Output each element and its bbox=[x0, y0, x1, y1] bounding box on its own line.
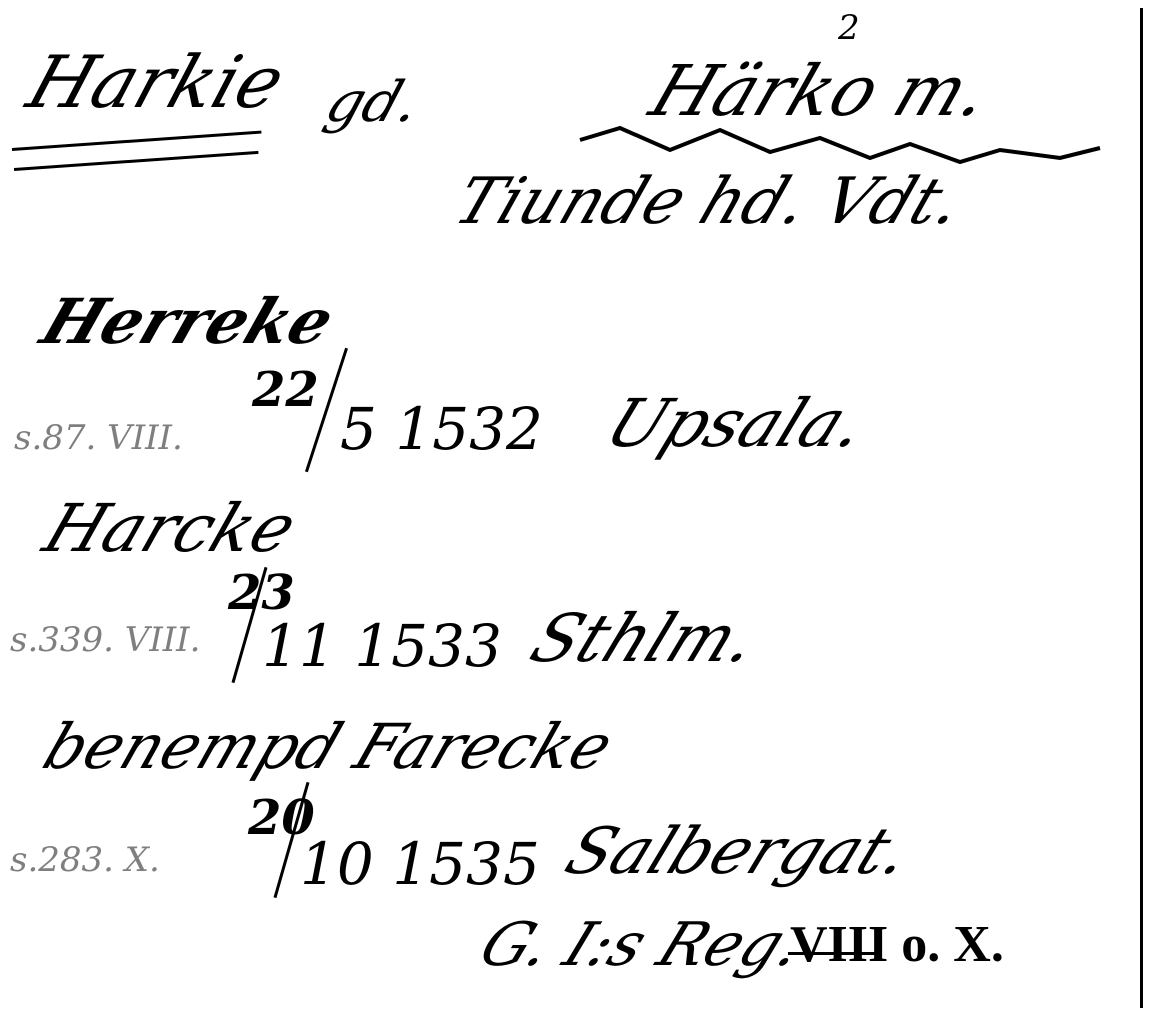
footer-source: G. I:s Reg. bbox=[470, 910, 814, 980]
superscript-mark: 2 bbox=[838, 8, 860, 48]
index-card: Harkie gd. 2 Härko m. Tiunde hd. Vdt. He… bbox=[0, 0, 1149, 1015]
surname-note: gd. bbox=[318, 70, 429, 135]
entry-2-place: Sthlm. bbox=[520, 600, 770, 677]
entry-2-name-form: Harcke bbox=[34, 490, 307, 567]
entry-1-date-day: 22 bbox=[252, 362, 319, 418]
footer-volumes: VIII o. X. bbox=[790, 915, 1004, 974]
entry-1-place: Upsala. bbox=[595, 385, 879, 462]
surname-underline bbox=[12, 131, 262, 151]
entry-3-reference: s.283. X. bbox=[10, 840, 160, 880]
surname-underline-2 bbox=[14, 151, 259, 171]
entry-2-reference: s.339. VIII. bbox=[10, 620, 200, 660]
card-right-edge bbox=[1140, 8, 1143, 1008]
entry-1-date-rest: 5 1532 bbox=[340, 395, 543, 463]
location: Tiunde hd. Vdt. bbox=[445, 165, 973, 239]
footer-volumes-underline bbox=[788, 952, 878, 955]
entry-3-name-form: benempd Farecke bbox=[34, 710, 623, 783]
entry-2-date-rest: 11 1533 bbox=[262, 612, 502, 680]
entry-1-name-form: Herreke bbox=[32, 285, 344, 358]
entry-1-reference: s.87. VIII. bbox=[14, 418, 183, 458]
surname: Harkie bbox=[18, 40, 295, 124]
entry-3-place: Salbergat. bbox=[555, 815, 922, 889]
entry-3-date-rest: 10 1535 bbox=[300, 830, 540, 898]
